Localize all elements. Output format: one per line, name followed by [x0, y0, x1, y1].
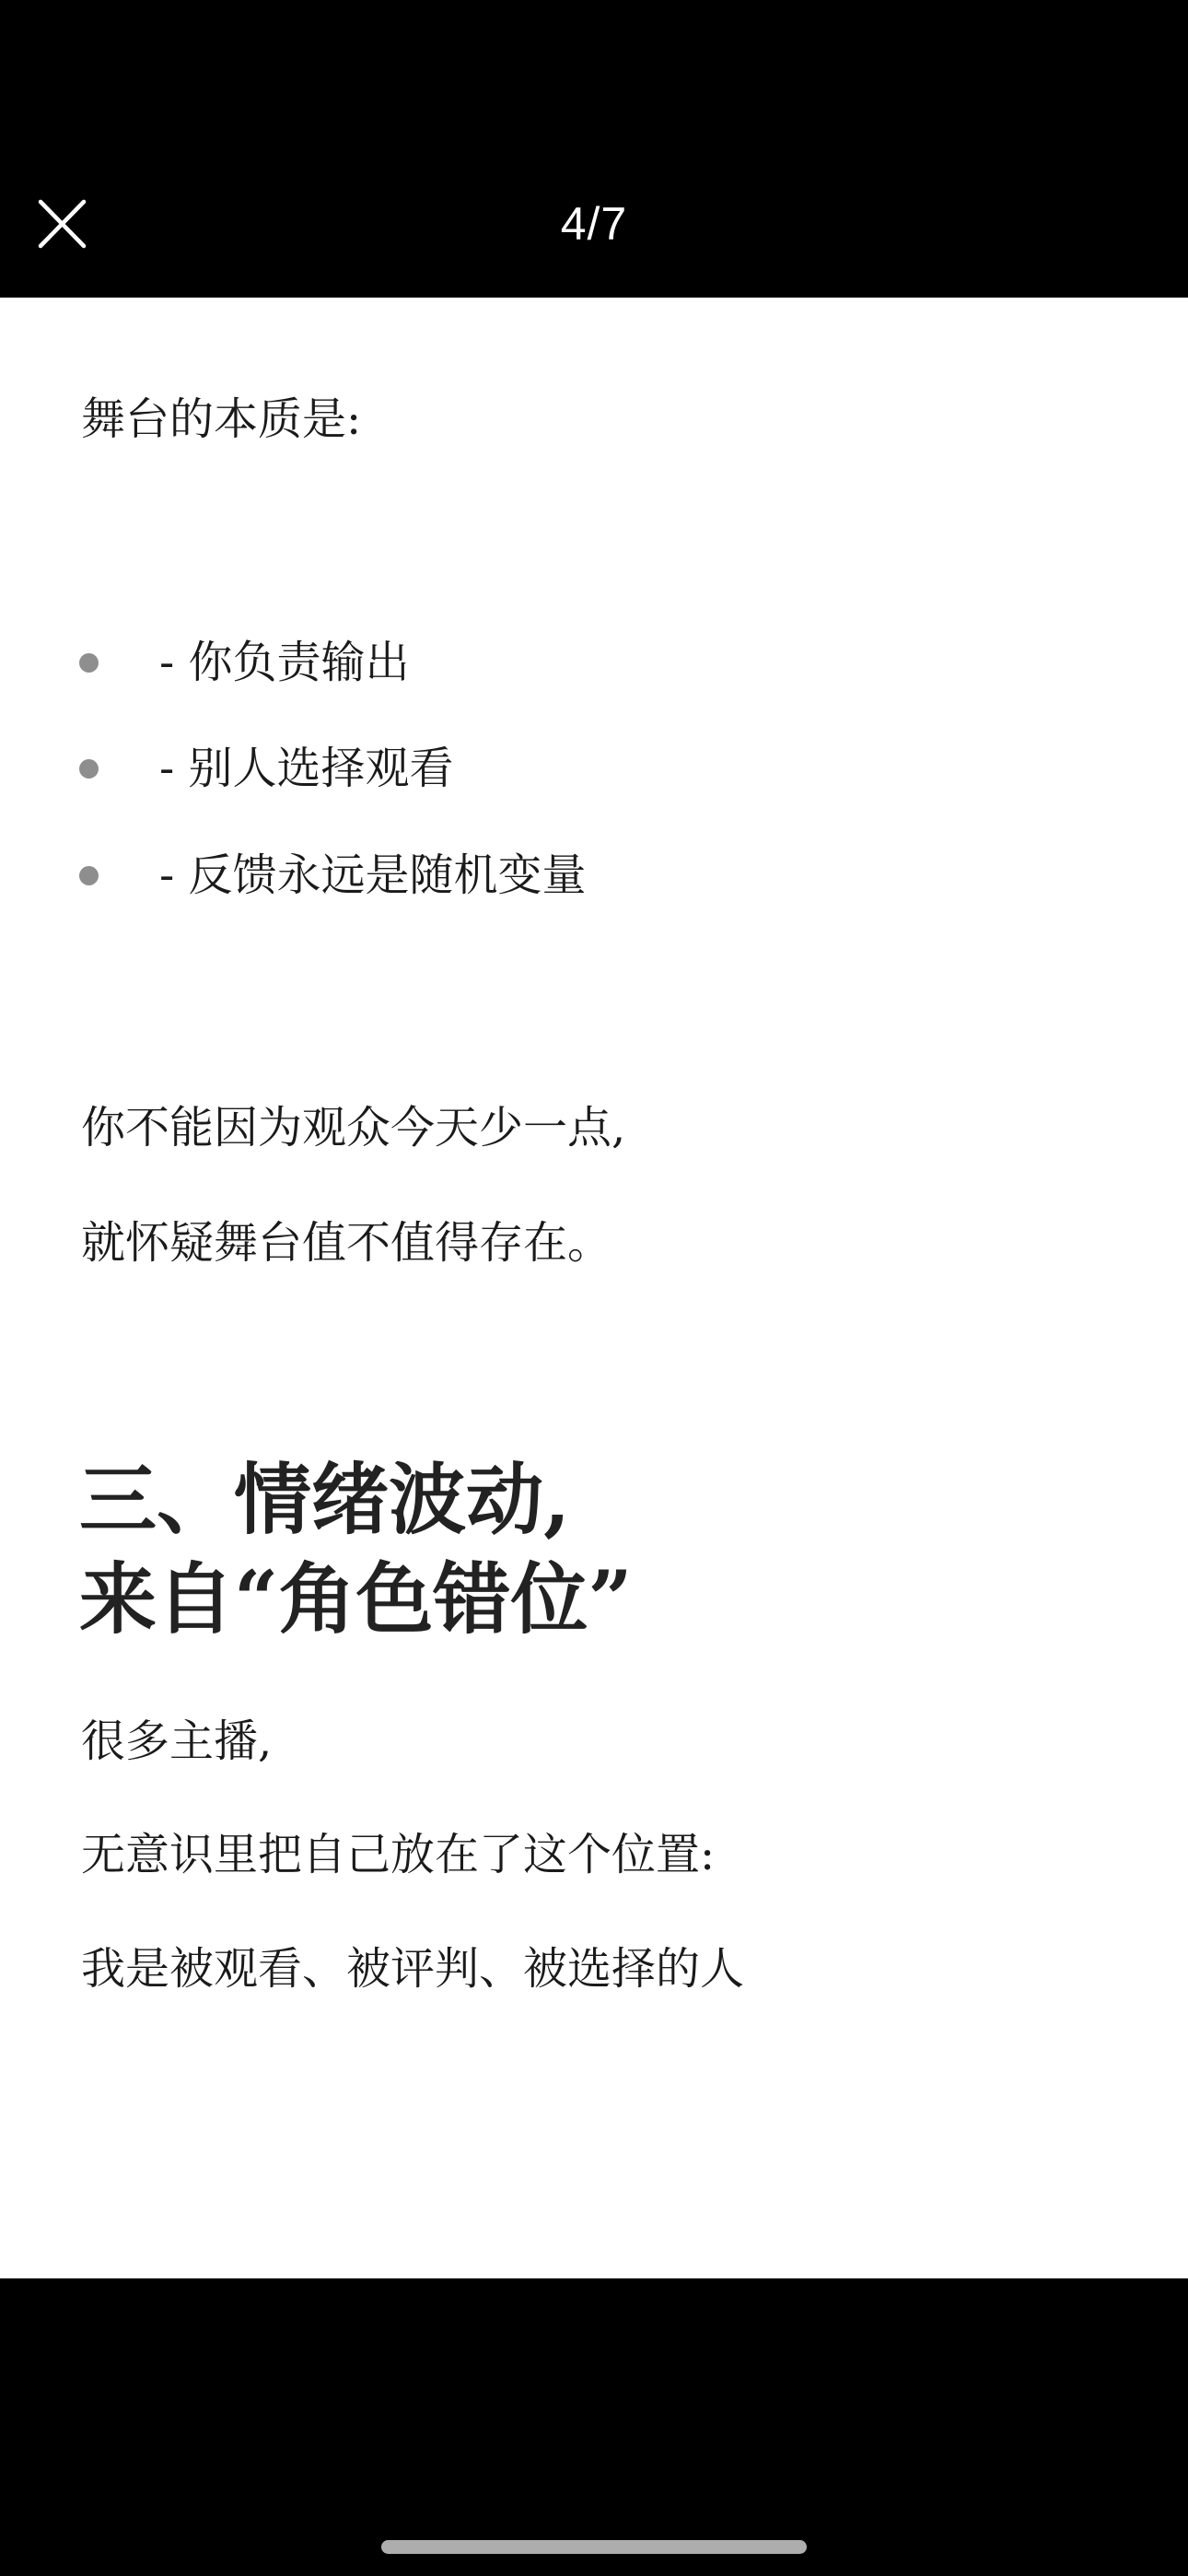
paragraph-line: 就怀疑舞台值不值得存在。	[81, 1215, 611, 1270]
paragraph-line: 你不能因为观众今天少一点,	[81, 1100, 625, 1155]
list-item: - 别人选择观看	[79, 741, 453, 796]
bullet-icon	[79, 866, 99, 885]
bullet-icon	[79, 653, 99, 673]
home-indicator[interactable]	[381, 2540, 807, 2554]
viewer-bottom-bar	[0, 2278, 1188, 2576]
paragraph-line: 我是被观看、被评判、被选择的人	[81, 1941, 744, 1996]
paragraph-line: 无意识里把自己放在了这个位置:	[81, 1827, 715, 1882]
list-item-label: - 反馈永远是随机变量	[159, 848, 586, 903]
list-item: - 你负责输出	[79, 635, 409, 690]
paragraph-line: 很多主播,	[81, 1714, 272, 1769]
document-page[interactable]: 舞台的本质是: - 你负责输出 - 别人选择观看 - 反馈永远是随机变量 你不能…	[0, 298, 1188, 2278]
list-item-label: - 别人选择观看	[159, 741, 453, 796]
bullet-icon	[79, 759, 99, 779]
viewer-top-bar: 4/7	[0, 0, 1188, 298]
section-heading-line-1: 三、情绪波动,	[79, 1451, 570, 1549]
list-item: - 反馈永远是随机变量	[79, 848, 586, 903]
intro-text: 舞台的本质是:	[81, 392, 361, 447]
page-counter: 4/7	[0, 195, 1188, 252]
list-item-label: - 你负责输出	[159, 635, 409, 690]
section-heading-line-2: 来自“角色错位”	[79, 1551, 633, 1648]
